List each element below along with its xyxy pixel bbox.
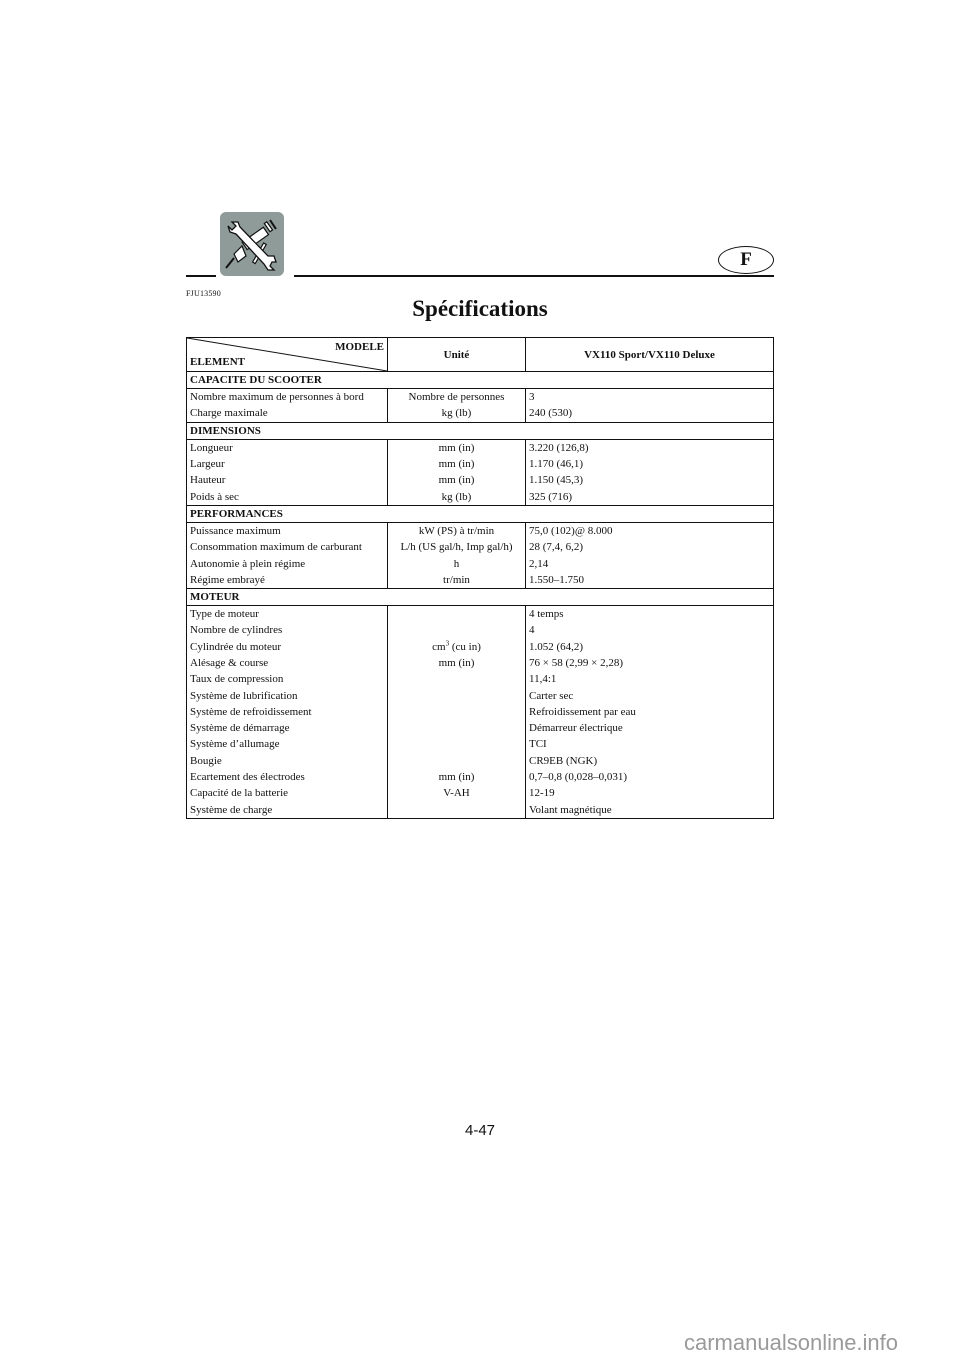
spec-item: Système de lubrification: [187, 687, 388, 703]
table-row: Alésage & coursemm (in)76 × 58 (2,99 × 2…: [187, 655, 774, 671]
page-title: Spécifications: [0, 296, 960, 322]
table-row: Régime embrayétr/min1.550–1.750: [187, 572, 774, 589]
spec-unit: h: [388, 555, 526, 571]
spec-value: 1.150 (45,3): [526, 472, 774, 488]
spec-unit: kW (PS) à tr/min: [388, 522, 526, 539]
spec-unit: mm (in): [388, 769, 526, 785]
section-title: DIMENSIONS: [187, 422, 774, 439]
table-row: Système de lubrificationCarter sec: [187, 687, 774, 703]
section-row: CAPACITE DU SCOOTER: [187, 372, 774, 389]
table-row: Longueurmm (in)3.220 (126,8): [187, 439, 774, 456]
table-row: Nombre maximum de personnes à bordNombre…: [187, 389, 774, 406]
table-row: Consommation maximum de carburantL/h (US…: [187, 539, 774, 555]
table-row: Ecartement des électrodesmm (in)0,7–0,8 …: [187, 769, 774, 785]
spec-unit: L/h (US gal/h, Imp gal/h): [388, 539, 526, 555]
table-row: Cylindrée du moteurcm3 (cu in)1.052 (64,…: [187, 639, 774, 655]
spec-item: Longueur: [187, 439, 388, 456]
spec-unit: Nombre de personnes: [388, 389, 526, 406]
spec-unit: [388, 671, 526, 687]
spec-item: Alésage & course: [187, 655, 388, 671]
table-row: Capacité de la batterieV-AH12-19: [187, 785, 774, 801]
spec-value: 11,4:1: [526, 671, 774, 687]
spec-unit: kg (lb): [388, 488, 526, 505]
language-badge: F: [718, 246, 774, 274]
spec-item: Hauteur: [187, 472, 388, 488]
header-element: ELEMENT: [190, 356, 245, 368]
spec-unit: [388, 720, 526, 736]
spec-value: 2,14: [526, 555, 774, 571]
spec-item: Système de démarrage: [187, 720, 388, 736]
spec-value: 3: [526, 389, 774, 406]
spec-item: Charge maximale: [187, 405, 388, 422]
spec-value: Carter sec: [526, 687, 774, 703]
section-title: CAPACITE DU SCOOTER: [187, 372, 774, 389]
spec-value: 28 (7,4, 6,2): [526, 539, 774, 555]
spec-item: Système de charge: [187, 802, 388, 819]
diagonal-header-cell: MODELE ELEMENT: [187, 338, 388, 372]
spec-unit: [388, 753, 526, 769]
table-row: Nombre de cylindres4: [187, 622, 774, 638]
section-row: DIMENSIONS: [187, 422, 774, 439]
spec-item: Système de refroidissement: [187, 704, 388, 720]
spec-value: 4 temps: [526, 605, 774, 622]
table-row: Charge maximalekg (lb)240 (530): [187, 405, 774, 422]
spec-value: 240 (530): [526, 405, 774, 422]
header-rule-right: [294, 275, 774, 277]
section-row: MOTEUR: [187, 588, 774, 605]
spec-item: Bougie: [187, 753, 388, 769]
table-row: Autonomie à plein régimeh2,14: [187, 555, 774, 571]
header-unit: Unité: [388, 338, 526, 372]
spec-item: Type de moteur: [187, 605, 388, 622]
table-header-row: MODELE ELEMENT Unité VX110 Sport/VX110 D…: [187, 338, 774, 372]
table-row: Système de chargeVolant magnétique: [187, 802, 774, 819]
table-row: BougieCR9EB (NGK): [187, 753, 774, 769]
spec-item: Consommation maximum de carburant: [187, 539, 388, 555]
page-number: 4-47: [0, 1122, 960, 1139]
spec-item: Cylindrée du moteur: [187, 639, 388, 655]
spec-value: Volant magnétique: [526, 802, 774, 819]
header-modele: MODELE: [335, 341, 384, 353]
spec-unit: mm (in): [388, 472, 526, 488]
header-rule-left: [186, 275, 216, 277]
spec-value: TCI: [526, 736, 774, 752]
spec-value: Refroidissement par eau: [526, 704, 774, 720]
spec-unit: V-AH: [388, 785, 526, 801]
tools-icon: [220, 212, 284, 276]
spec-item: Capacité de la batterie: [187, 785, 388, 801]
table-row: Système de démarrageDémarreur électrique: [187, 720, 774, 736]
table-row: Système d’allumageTCI: [187, 736, 774, 752]
spec-value: 0,7–0,8 (0,028–0,031): [526, 769, 774, 785]
spec-unit: mm (in): [388, 439, 526, 456]
spec-unit: mm (in): [388, 456, 526, 472]
header-model-name: VX110 Sport/VX110 Deluxe: [526, 338, 774, 372]
unit-rest: (cu in): [449, 641, 481, 653]
spec-value: 12-19: [526, 785, 774, 801]
table-row: Largeurmm (in)1.170 (46,1): [187, 456, 774, 472]
spec-value: 1.170 (46,1): [526, 456, 774, 472]
spec-unit: [388, 622, 526, 638]
table-row: Taux de compression11,4:1: [187, 671, 774, 687]
spec-unit: tr/min: [388, 572, 526, 589]
specifications-table: MODELE ELEMENT Unité VX110 Sport/VX110 D…: [186, 337, 774, 819]
spec-item: Largeur: [187, 456, 388, 472]
spec-value: 1.550–1.750: [526, 572, 774, 589]
section-row: PERFORMANCES: [187, 505, 774, 522]
spec-item: Régime embrayé: [187, 572, 388, 589]
spec-unit: kg (lb): [388, 405, 526, 422]
section-title: MOTEUR: [187, 588, 774, 605]
table-row: Type de moteur4 temps: [187, 605, 774, 622]
spec-item: Système d’allumage: [187, 736, 388, 752]
spec-unit: mm (in): [388, 655, 526, 671]
spec-value: 76 × 58 (2,99 × 2,28): [526, 655, 774, 671]
spec-unit: cm3 (cu in): [388, 639, 526, 655]
spec-item: Autonomie à plein régime: [187, 555, 388, 571]
watermark: carmanualsonline.info: [684, 1330, 898, 1356]
spec-item: Poids à sec: [187, 488, 388, 505]
spec-unit: [388, 687, 526, 703]
spec-value: 1.052 (64,2): [526, 639, 774, 655]
table-row: Hauteurmm (in)1.150 (45,3): [187, 472, 774, 488]
spec-value: 4: [526, 622, 774, 638]
spec-item: Nombre maximum de personnes à bord: [187, 389, 388, 406]
table-row: Puissance maximumkW (PS) à tr/min75,0 (1…: [187, 522, 774, 539]
spec-item: Nombre de cylindres: [187, 622, 388, 638]
spec-unit: [388, 704, 526, 720]
spec-item: Puissance maximum: [187, 522, 388, 539]
spec-item: Taux de compression: [187, 671, 388, 687]
spec-item: Ecartement des électrodes: [187, 769, 388, 785]
unit-base: cm: [432, 641, 445, 653]
section-title: PERFORMANCES: [187, 505, 774, 522]
spec-unit: [388, 802, 526, 819]
spec-value: 3.220 (126,8): [526, 439, 774, 456]
table-row: Poids à seckg (lb)325 (716): [187, 488, 774, 505]
spec-value: 325 (716): [526, 488, 774, 505]
table-row: Système de refroidissementRefroidissemen…: [187, 704, 774, 720]
spec-value: 75,0 (102)@ 8.000: [526, 522, 774, 539]
spec-unit: [388, 736, 526, 752]
spec-value: Démarreur électrique: [526, 720, 774, 736]
spec-unit: [388, 605, 526, 622]
spec-value: CR9EB (NGK): [526, 753, 774, 769]
